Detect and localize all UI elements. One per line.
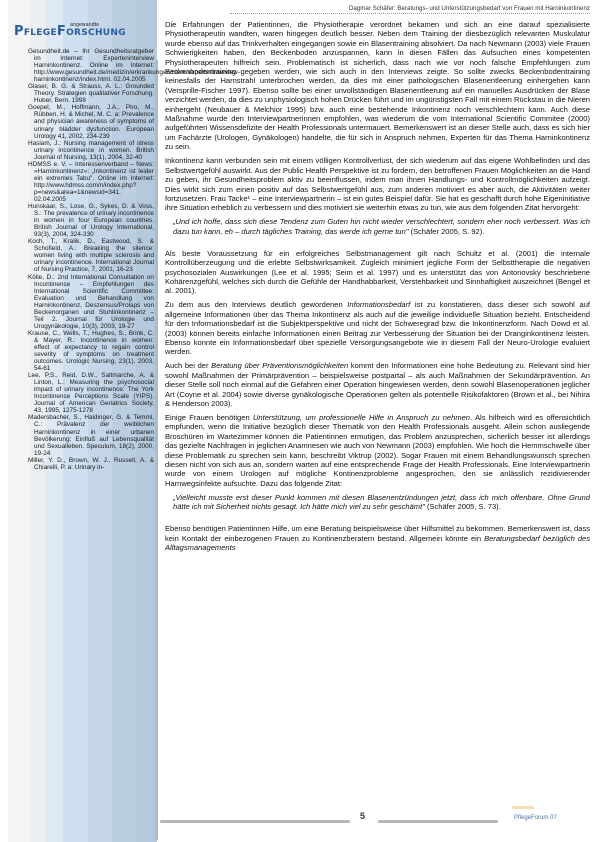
- reference-list: Gesundheit.de – Ihr Gesundheitsratgeber …: [28, 48, 154, 471]
- quote-citation: (Schäfer 2005, S. 92).: [408, 227, 484, 236]
- footer-accent: [512, 806, 534, 809]
- emphasis: Unterstützung, um professionelle Hilfe i…: [253, 413, 470, 422]
- emphasis: Informationsbedarf: [347, 300, 410, 309]
- reference-item: Krause, C., Wells, T., Hughes, S., Brink…: [28, 330, 154, 372]
- reference-item: Madersbacher, S., Haidinger, G. & Temml,…: [28, 414, 154, 456]
- block-quote: „Vielleicht musste erst dieser Punkt kom…: [165, 493, 590, 512]
- text-run: Auch bei der: [165, 361, 211, 370]
- sidebar-edge: [155, 60, 158, 840]
- publication-label: PflegeForum 07: [514, 815, 557, 821]
- page-number: 5: [360, 811, 365, 821]
- reference-item: Hunskaar, S., Lose, G., Sykes, D. & Voss…: [28, 203, 154, 238]
- block-quote: „Und ich hoffe, dass sich diese Tendenz …: [165, 217, 590, 236]
- journal-logo: PflegeForschung: [14, 24, 126, 39]
- paragraph: Auch bei der Beratung über Präventionsmö…: [165, 361, 590, 408]
- paragraph: Die Erfahrungen der Patientinnen, die Ph…: [165, 20, 590, 152]
- reference-item: HDMSS e. V. – Interessenverband – News: …: [28, 161, 154, 203]
- quote-citation: (Schäfer 2005, S. 73).: [425, 502, 501, 511]
- quote-text: „Vielleicht musste erst dieser Punkt kom…: [173, 493, 590, 511]
- reference-item: Glaser, B. G. & Strauss, A. L.: Grounded…: [28, 83, 154, 104]
- quote-text: „Und ich hoffe, dass sich diese Tendenz …: [173, 217, 590, 235]
- reference-item: Gesundheit.de – Ihr Gesundheitsratgeber …: [28, 48, 154, 83]
- reference-item: Koch, T., Kralik, D., Eastwood, S. & Sch…: [28, 238, 154, 273]
- footer-rule-right: [378, 820, 498, 823]
- reference-item: Goepel, M., Hoffmann, J.A., Piro, M., Rü…: [28, 104, 154, 139]
- reference-item: Lee, P.S., Reid, D.W., Saltmarche, A. & …: [28, 372, 154, 414]
- paragraph: Einige Frauen benötigen Unterstützung, u…: [165, 413, 590, 488]
- reference-item: Haslam, J.: Nursing management of stress…: [28, 140, 154, 161]
- main-body-text: Die Erfahrungen der Patientinnen, die Ph…: [165, 20, 590, 557]
- reference-item: Miller, Y. D., Brown, W. J., Russell, A.…: [28, 457, 154, 471]
- paragraph: Als beste Voraussetzung für ein erfolgre…: [165, 249, 590, 296]
- emphasis: Beratung über Präventionsmöglichkeiten: [211, 361, 348, 370]
- running-header: Dagmar Schäfer: Beratungs- und Unterstüt…: [230, 5, 590, 14]
- paragraph: Zu dem aus den Interviews deutlich gewor…: [165, 300, 590, 356]
- paragraph: Inkontinenz kann verbunden sein mit eine…: [165, 156, 590, 212]
- paragraph: Ebenso benötigen Patientinnen Hilfe, um …: [165, 524, 590, 552]
- reference-item: Kölle, D.: 2nd International Consultatio…: [28, 274, 154, 330]
- text-run: Einige Frauen benötigen: [165, 413, 253, 422]
- footer-rule-left: [160, 820, 350, 823]
- text-run: Zu dem aus den Interviews deutlich gewor…: [165, 300, 347, 309]
- text-run: . Als hilfreich wird es offensichtlich e…: [165, 413, 590, 488]
